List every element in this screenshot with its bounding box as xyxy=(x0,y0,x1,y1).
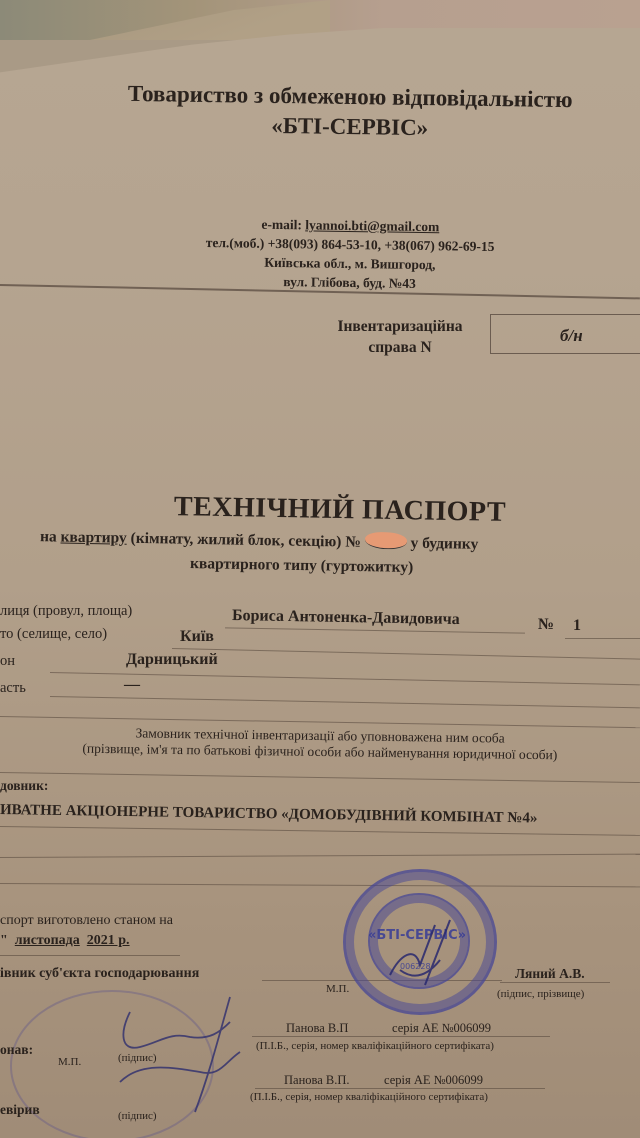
checker-caption: (П.І.Б., серія, номер кваліфікаційного с… xyxy=(250,1091,488,1103)
company-contacts: e-mail: lyannoi.bti@gmail.com тел.(моб.)… xyxy=(149,213,550,295)
city-value: Київ xyxy=(180,628,214,646)
head-signature xyxy=(380,915,460,995)
city-label: то (селище, село) xyxy=(0,626,107,643)
inventory-label: Інвентаризаційна справа N xyxy=(305,316,495,358)
subtitle-prefix: на xyxy=(40,528,57,545)
street-label: лиця (провул, площа) xyxy=(0,603,132,620)
email-label: e-mail: xyxy=(261,217,302,233)
region-label: асть xyxy=(0,680,26,697)
performer-name: Панова В.П xyxy=(286,1021,348,1036)
company-header: Товариство з обмеженою відповідальністю … xyxy=(60,78,640,146)
house-number-underline xyxy=(565,638,640,639)
performer-signature xyxy=(90,992,250,1132)
head-label: івник суб'єкта господарювання xyxy=(0,966,199,982)
customer-label: довник: xyxy=(0,778,48,794)
checker-sign-caption: (підпис) xyxy=(118,1110,157,1122)
performer-label: онав: xyxy=(0,1042,33,1058)
redacted-apartment-number xyxy=(365,532,407,550)
head-caption: (підпис, прізвище) xyxy=(497,988,584,1000)
prepared-month: листопада xyxy=(15,933,80,948)
inventory-label-line2: справа N xyxy=(305,337,495,358)
subtitle-suffix: у будинку xyxy=(410,535,478,553)
performer-underline xyxy=(252,1036,550,1037)
performer-mp: М.П. xyxy=(58,1056,81,1068)
prepared-label: спорт виготовлено станом на xyxy=(0,913,173,929)
house-number-value: 1 xyxy=(573,617,581,635)
checker-underline xyxy=(255,1088,545,1089)
head-name: Ляний А.В. xyxy=(515,966,585,982)
email-link[interactable]: lyannoi.bti@gmail.com xyxy=(305,217,439,234)
prepared-underline xyxy=(0,955,180,956)
inventory-value: б/н xyxy=(560,326,583,346)
district-value: Дарницький xyxy=(126,651,218,669)
checker-name: Панова В.П. xyxy=(284,1073,350,1088)
checker-cert: серія АЕ №006099 xyxy=(384,1073,483,1088)
region-value: — xyxy=(124,676,140,694)
prepared-year: 2021 р. xyxy=(87,933,130,948)
performer-cert: серія АЕ №006099 xyxy=(392,1021,491,1036)
prepared-day: " xyxy=(0,933,8,948)
prepared-date: " листопада 2021 р. xyxy=(0,933,130,949)
subtitle-rest: (кімнату, жилий блок, секцію) № xyxy=(130,530,361,551)
district-label: он xyxy=(0,653,15,670)
head-name-underline xyxy=(500,982,610,983)
house-number-label: № xyxy=(538,616,554,634)
subtitle-object: квартиру xyxy=(60,529,126,547)
head-mp: М.П. xyxy=(326,983,349,995)
performer-caption: (П.І.Б., серія, номер кваліфікаційного с… xyxy=(256,1040,494,1052)
checker-label: евірив xyxy=(0,1102,40,1118)
inventory-label-line1: Інвентаризаційна xyxy=(305,316,495,337)
